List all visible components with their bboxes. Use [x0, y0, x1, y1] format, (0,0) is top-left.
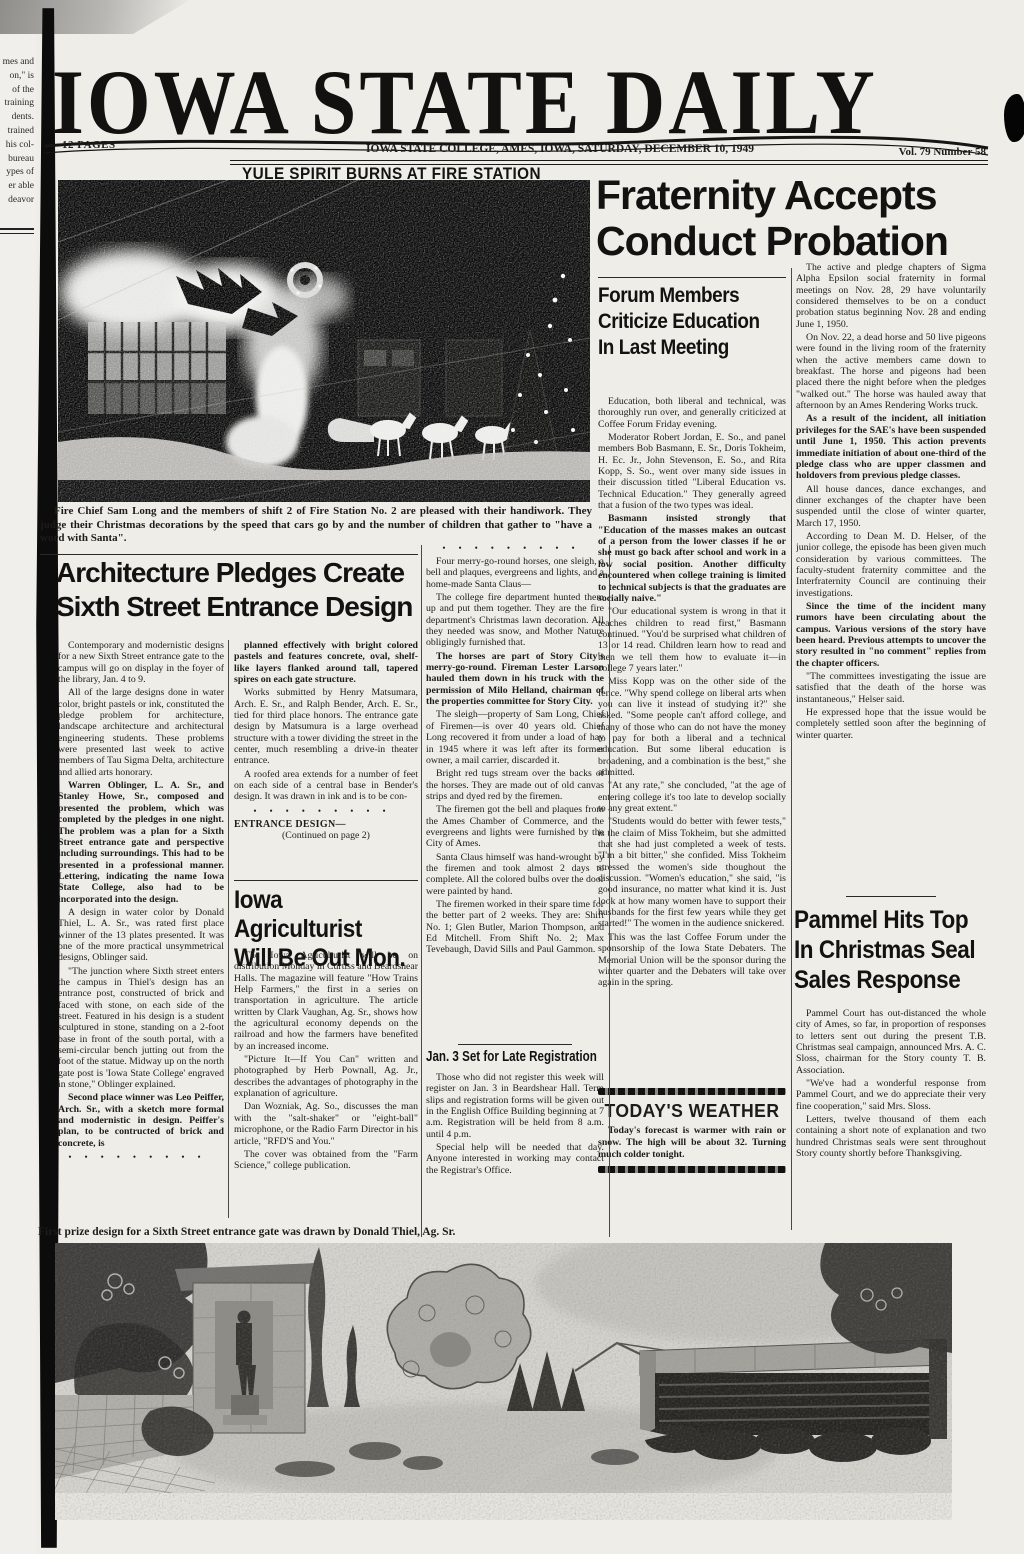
headline-pammel: Pammel Hits Top In Christmas Seal Sales … — [794, 905, 983, 995]
caption-rule — [40, 554, 418, 555]
paragraph: The cover was obtained from the "Farm Sc… — [234, 1149, 418, 1172]
paragraph: All house dances, dance exchanges, and d… — [796, 484, 986, 529]
weather-top-bar — [598, 1088, 786, 1095]
column-divider-2 — [421, 545, 422, 1237]
firehouse-column: •••••••••Four merry-go-round horses, one… — [426, 541, 604, 1041]
paragraph: The firemen got the bell and plaques fro… — [426, 804, 604, 849]
edge-text-fragment: dents. — [0, 111, 34, 125]
paragraph-bold: Second place winner was Leo Peiffer, Arc… — [58, 1092, 224, 1149]
paragraph: Letters, twelve thousand of them each co… — [796, 1114, 986, 1159]
dots-separator: ••••••••• — [234, 805, 418, 817]
photo-caption: Fire Chief Sam Long and the members of s… — [40, 505, 592, 546]
architecture-column-2: planned effectively with bright colored … — [234, 640, 418, 878]
paragraph-bold: As a result of the incident, all initiat… — [796, 413, 986, 481]
agriculturist-body: The Iowa Agriculturist will be on distri… — [234, 950, 418, 1236]
volume-number: Vol. 79 Number 58 — [899, 146, 986, 158]
column-divider-3 — [609, 545, 610, 1237]
adjacent-page-text-fragments: mes andon," isof thetrainingdents.traine… — [0, 56, 34, 208]
paragraph: Pammel Court has out-distanced the whole… — [796, 1008, 986, 1076]
paragraph: "We've had a wonderful response from Pam… — [796, 1078, 986, 1112]
column-divider-1 — [228, 640, 229, 1218]
edge-text-fragment: ypes of — [0, 166, 34, 180]
paragraph: On Nov. 22, a dead horse and 50 live pig… — [796, 332, 986, 411]
edge-text-fragment: on," is — [0, 70, 34, 84]
paragraph: All of the large designs done in water c… — [58, 687, 224, 778]
paragraph: The sleigh—property of Sam Long, Chief o… — [426, 709, 604, 766]
paragraph: "At any rate," she concluded, "at the ag… — [598, 780, 786, 814]
weather-title: TODAY'S WEATHER — [603, 1100, 782, 1122]
edge-text-fragment: of the — [0, 84, 34, 98]
paragraph: The firemen worked in their spare time f… — [426, 899, 604, 956]
paragraph: "Our educational system is wrong in that… — [598, 606, 786, 674]
edge-text-fragment: er able — [0, 180, 34, 194]
registration-body: Those who did not register this week wil… — [426, 1072, 604, 1232]
paragraph: "The junction where Sixth street enters … — [58, 966, 224, 1091]
paragraph: The active and pledge chapters of Sigma … — [796, 262, 986, 330]
ink-smudge — [1004, 94, 1024, 142]
paragraph: Contemporary and modernistic designs for… — [58, 640, 224, 685]
edge-text-fragment: bureau — [0, 153, 34, 167]
paragraph: A design in water color by Donald Thiel,… — [58, 907, 224, 964]
weather-bottom-bar — [598, 1166, 786, 1173]
fire-station-photo — [58, 180, 590, 502]
paragraph-bold: Basmann insisted strongly that "Educatio… — [598, 513, 786, 604]
edge-text-fragment: trained — [0, 125, 34, 139]
newspaper-page: mes andon," isof thetrainingdents.traine… — [0, 0, 1024, 1554]
pages-count: 12 PAGES — [62, 139, 116, 151]
scan-corner-shadow — [0, 0, 190, 34]
paragraph: Special help will be needed that day. An… — [426, 1142, 604, 1176]
edge-text-fragment: deavor — [0, 194, 34, 208]
paragraph: Works submitted by Henry Matsumara, Arch… — [234, 687, 418, 766]
fraternity-end-rule — [846, 896, 936, 897]
forum-body: Education, both liberal and technical, w… — [598, 396, 786, 1084]
paragraph: Bright red tugs stream over the backs of… — [426, 768, 604, 802]
headline-forum: Forum Members Criticize Education In Las… — [598, 283, 778, 361]
registration-top-rule — [458, 1044, 572, 1045]
paragraph: Santa Claus himself was hand-wrought by … — [426, 852, 604, 897]
agriculturist-top-rule — [234, 880, 418, 881]
weather-text: Today's forecast is warmer with rain or … — [598, 1125, 786, 1161]
paragraph: "Picture It—If You Can" written and phot… — [234, 1054, 418, 1099]
adjacent-page-rule — [0, 228, 34, 234]
headline-architecture: Architecture Pledges Create Sixth Street… — [56, 556, 424, 624]
dots-separator: ••••••••• — [58, 1151, 224, 1163]
dots-separator: ••••••••• — [426, 542, 604, 554]
dateline: IOWA STATE COLLEGE, AMES, IOWA, SATURDAY… — [330, 143, 790, 155]
paragraph: He expressed hope that the issue would b… — [796, 707, 986, 741]
paragraph: This was the last Coffee Forum under the… — [598, 932, 786, 989]
architecture-column-1: Contemporary and modernistic designs for… — [58, 640, 224, 1226]
paragraph-bold: The horses are part of Story City's merr… — [426, 651, 604, 708]
edge-text-fragment: his col- — [0, 139, 34, 153]
fraternity-body: The active and pledge chapters of Sigma … — [796, 262, 986, 890]
paragraph: "The committees investigating the issue … — [796, 671, 986, 705]
paragraph-bold: Since the time of the incident many rumo… — [796, 601, 986, 669]
paragraph: Dan Wozniak, Ag. So., discusses the man … — [234, 1101, 418, 1146]
pammel-body: Pammel Court has out-distanced the whole… — [796, 1008, 986, 1234]
entrance-gate-sketch — [55, 1243, 952, 1520]
paragraph-bold: planned effectively with bright colored … — [234, 640, 418, 685]
paragraph: "Students would do better with fewer tes… — [598, 816, 786, 929]
paragraph: A roofed area extends for a number of fe… — [234, 769, 418, 803]
edge-text-fragment: training — [0, 97, 34, 111]
continued-note: (Continued on page 2) — [234, 830, 418, 841]
paragraph: According to Dean M. D. Helser, of the j… — [796, 531, 986, 599]
forum-top-rule — [598, 277, 786, 278]
edge-text-fragment: mes and — [0, 56, 34, 70]
paragraph: Those who did not register this week wil… — [426, 1072, 604, 1140]
paragraph: Moderator Robert Jordan, E. So., and pan… — [598, 432, 786, 511]
headline-registration: Jan. 3 Set for Late Registration — [426, 1049, 602, 1065]
paragraph: Education, both liberal and technical, w… — [598, 396, 786, 430]
paragraph-bold: Warren Oblinger, L. A. Sr., and Stanley … — [58, 780, 224, 905]
headline-fraternity: Fraternity Accepts Conduct Probation — [596, 172, 994, 264]
paragraph: The college fire department hunted them … — [426, 592, 604, 649]
sketch-caption: First prize design for a Sixth Street en… — [38, 1226, 678, 1238]
paragraph: Miss Kopp was on the other side of the f… — [598, 676, 786, 778]
weather-box: TODAY'S WEATHER Today's forecast is warm… — [598, 1088, 786, 1173]
continued-label: ENTRANCE DESIGN— — [234, 819, 418, 830]
paragraph: Four merry-go-round horses, one sleigh, … — [426, 556, 604, 590]
column-divider-4 — [791, 268, 792, 1230]
paragraph: The Iowa Agriculturist will be on distri… — [234, 950, 418, 1052]
